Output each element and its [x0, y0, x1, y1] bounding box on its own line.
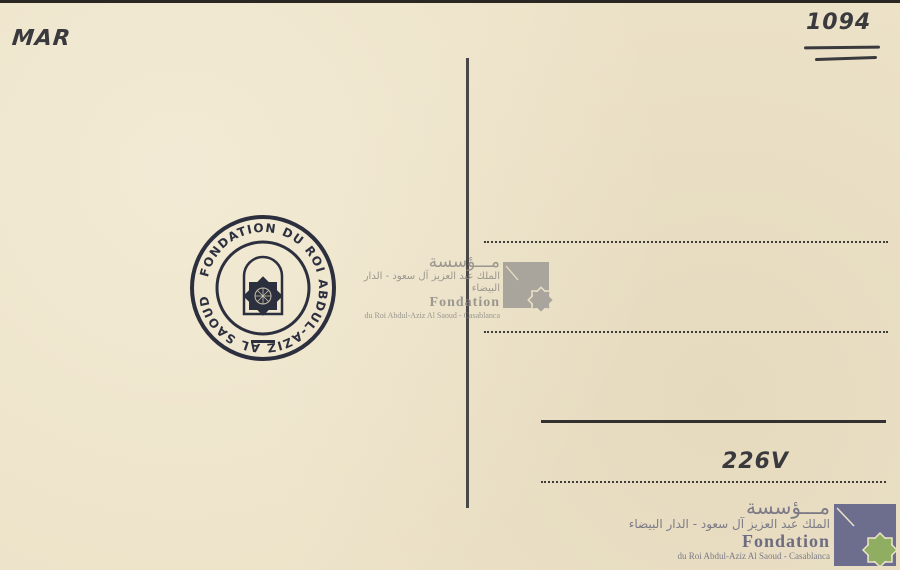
- handwritten-reference-number: 226V: [722, 449, 789, 474]
- underline: [815, 56, 877, 61]
- address-line-3: [541, 420, 886, 423]
- handwritten-country-code: MAR: [11, 26, 72, 51]
- foundation-stamp: FONDATION DU ROI ABDUL-AZIZ AL SAOUD: [188, 214, 338, 362]
- watermark-name: Fondation: [340, 295, 500, 311]
- address-line-4: [541, 481, 886, 483]
- foundation-logo-color-icon: [834, 504, 900, 570]
- watermark-arabic-subtitle: الملك عبد العزيز آل سعود - الدار البيضاء: [340, 271, 500, 295]
- watermark-name: Fondation: [620, 531, 830, 551]
- watermark-corner: مـــؤسسة الملك عبد العزيز آل سعود - الدا…: [620, 497, 830, 562]
- watermark-center: مـــؤسسة الملك عبد العزيز آل سعود - الدا…: [340, 253, 500, 321]
- watermark-arabic-title: مـــؤسسة: [340, 253, 500, 271]
- address-line-1: [484, 241, 888, 243]
- foundation-logo-icon: [503, 262, 555, 314]
- postcard-back: MAR 1094 226V FONDATION DU ROI ABDUL-AZI…: [0, 0, 900, 570]
- watermark-arabic-title: مـــؤسسة: [620, 497, 830, 517]
- underline: [804, 46, 880, 50]
- scan-edge: [0, 0, 900, 3]
- watermark-arabic-subtitle: الملك عبد العزيز آل سعود - الدار البيضاء: [620, 517, 830, 531]
- watermark-subtitle: du Roi Abdul-Aziz Al Saoud - Casablanca: [340, 311, 500, 321]
- address-line-2: [484, 331, 888, 333]
- watermark-subtitle: du Roi Abdul-Aziz Al Saoud - Casablanca: [620, 551, 830, 562]
- handwritten-inventory-number: 1094: [806, 10, 871, 35]
